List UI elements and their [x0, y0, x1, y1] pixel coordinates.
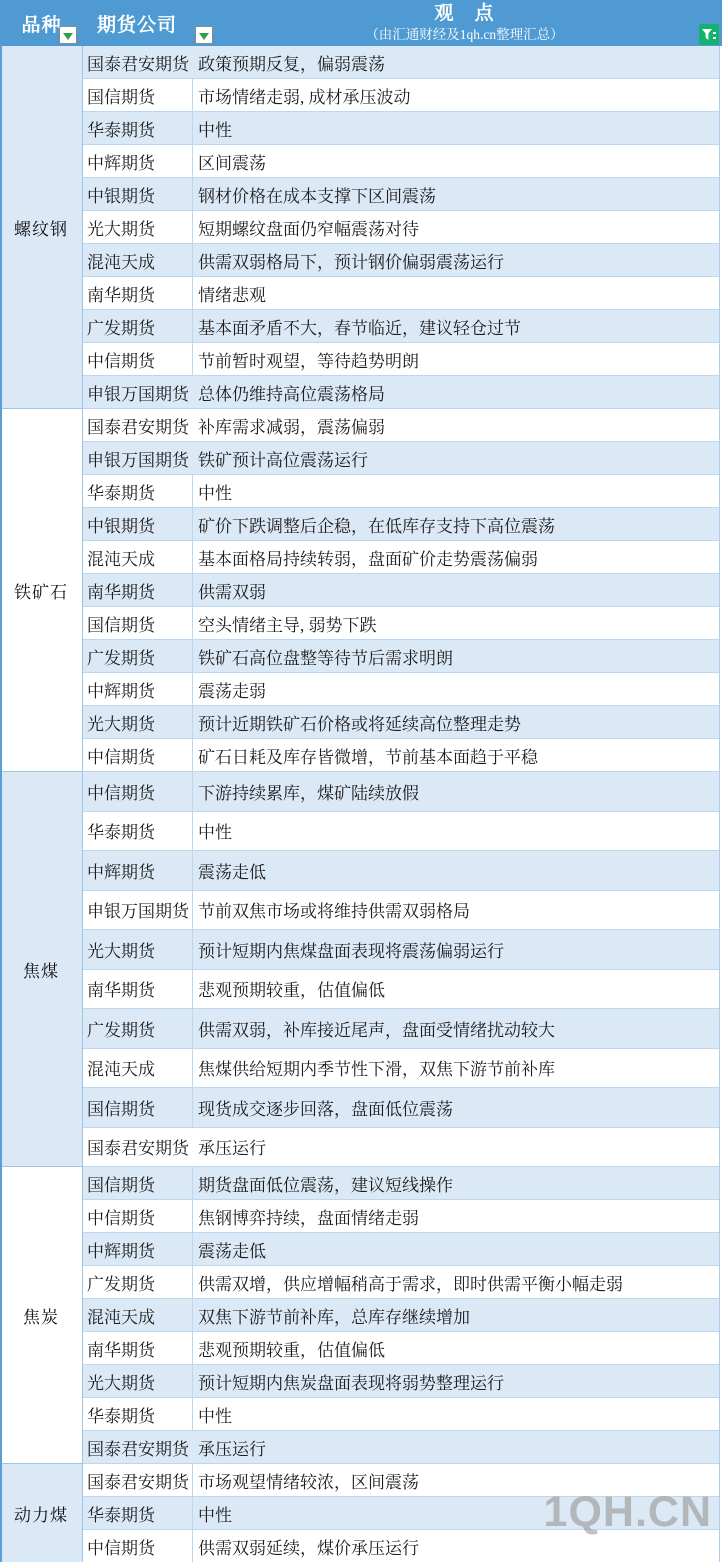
table-row: 国泰君安期货政策预期反复，偏弱震荡: [83, 46, 719, 79]
company-cell[interactable]: 广发期货: [83, 310, 193, 342]
view-cell[interactable]: 钢材价格在成本支撑下区间震荡: [193, 178, 719, 210]
section-rows: 国信期货期货盘面低位震荡，建议短线操作中信期货焦钢博弈持续，盘面情绪走弱中辉期货…: [83, 1167, 719, 1464]
view-cell[interactable]: 震荡走弱: [193, 673, 719, 705]
section-铁矿石: 铁矿石国泰君安期货补库需求减弱，震荡偏弱申银万国期货铁矿预计高位震荡运行华泰期货…: [0, 409, 720, 772]
table-row: 南华期货供需双弱: [83, 574, 719, 607]
table-row: 中信期货矿石日耗及库存皆微增，节前基本面趋于平稳: [83, 739, 719, 772]
view-cell[interactable]: 震荡走低: [193, 1233, 719, 1265]
view-cell[interactable]: 供需双弱，补库接近尾声，盘面受情绪扰动较大: [193, 1009, 719, 1048]
view-cell[interactable]: 情绪悲观: [193, 277, 719, 309]
view-cell[interactable]: 承压运行: [193, 1128, 719, 1167]
table-row: 中信期货节前暂时观望，等待趋势明朗: [83, 343, 719, 376]
table-row: 中辉期货震荡走弱: [83, 673, 719, 706]
table-row: 混沌天成供需双弱格局下，预计钢价偏弱震荡运行: [83, 244, 719, 277]
company-cell[interactable]: 光大期货: [83, 706, 193, 738]
company-cell[interactable]: 广发期货: [83, 1009, 193, 1048]
company-cell[interactable]: 华泰期货: [83, 1398, 193, 1430]
view-cell[interactable]: 市场情绪走弱, 成材承压波动: [193, 79, 719, 111]
company-cell[interactable]: 国信期货: [83, 79, 193, 111]
table-row: 混沌天成基本面格局持续转弱，盘面矿价走势震荡偏弱: [83, 541, 719, 574]
table-row: 申银万国期货节前双焦市场或将维持供需双弱格局: [83, 891, 719, 931]
header-variety-cell: 品种: [0, 0, 83, 46]
view-cell[interactable]: 铁矿石高位盘整等待节后需求明朗: [193, 640, 719, 672]
variety-cell[interactable]: 焦炭: [0, 1167, 83, 1464]
table-row: 中信期货供需双弱延续，煤价承压运行: [83, 1530, 719, 1562]
view-cell[interactable]: 供需双增，供应增幅稍高于需求，即时供需平衡小幅走弱: [193, 1266, 719, 1298]
view-column-title: 观 点: [434, 2, 494, 26]
company-cell[interactable]: 华泰期货: [83, 812, 193, 851]
table-row: 华泰期货中性: [83, 112, 719, 145]
view-cell[interactable]: 节前暂时观望，等待趋势明朗: [193, 343, 719, 375]
variety-cell[interactable]: 焦煤: [0, 772, 83, 1167]
table-row: 光大期货预计短期内焦炭盘面表现将弱势整理运行: [83, 1365, 719, 1398]
company-cell[interactable]: 中信期货: [83, 1200, 193, 1232]
section-螺纹钢: 螺纹钢国泰君安期货政策预期反复，偏弱震荡国信期货市场情绪走弱, 成材承压波动华泰…: [0, 46, 720, 409]
table-row: 广发期货供需双增，供应增幅稍高于需求，即时供需平衡小幅走弱: [83, 1266, 719, 1299]
view-cell[interactable]: 中性: [193, 1497, 719, 1529]
view-cell[interactable]: 中性: [193, 112, 719, 144]
view-cell[interactable]: 总体仍维持高位震荡格局: [193, 376, 719, 408]
company-cell[interactable]: 国泰君安期货: [83, 1128, 193, 1167]
variety-filter-dropdown-button[interactable]: [59, 26, 77, 44]
company-cell[interactable]: 中信期货: [83, 739, 193, 771]
section-rows: 中信期货下游持续累库，煤矿陆续放假华泰期货中性中辉期货震荡走低申银万国期货节前双…: [83, 772, 719, 1167]
view-cell[interactable]: 节前双焦市场或将维持供需双弱格局: [193, 891, 719, 930]
section-rows: 国泰君安期货市场观望情绪较浓，区间震荡华泰期货中性中信期货供需双弱延续，煤价承压…: [83, 1464, 719, 1562]
table-row: 中银期货矿价下跌调整后企稳，在低库存支持下高位震荡: [83, 508, 719, 541]
company-cell[interactable]: 华泰期货: [83, 1497, 193, 1529]
table-row: 国泰君安期货补库需求减弱，震荡偏弱: [83, 409, 719, 442]
company-column-label: 期货公司: [97, 10, 177, 37]
view-cell[interactable]: 中性: [193, 475, 719, 507]
view-cell[interactable]: 悲观预期较重，估值偏低: [193, 970, 719, 1009]
company-cell[interactable]: 混沌天成: [83, 244, 193, 276]
company-cell[interactable]: 南华期货: [83, 277, 193, 309]
view-cell[interactable]: 铁矿预计高位震荡运行: [193, 442, 719, 474]
table-row: 中辉期货区间震荡: [83, 145, 719, 178]
company-cell[interactable]: 国泰君安期货: [83, 409, 193, 441]
table-row: 华泰期货中性: [83, 812, 719, 852]
variety-cell[interactable]: 螺纹钢: [0, 46, 83, 409]
company-cell[interactable]: 申银万国期货: [83, 442, 193, 474]
filter-funnel-icon: [701, 27, 717, 43]
view-cell[interactable]: 中性: [193, 812, 719, 851]
view-cell[interactable]: 基本面格局持续转弱，盘面矿价走势震荡偏弱: [193, 541, 719, 573]
view-cell[interactable]: 供需双弱: [193, 574, 719, 606]
company-cell[interactable]: 混沌天成: [83, 1299, 193, 1331]
company-cell[interactable]: 光大期货: [83, 211, 193, 243]
variety-cell[interactable]: 铁矿石: [0, 409, 83, 772]
view-cell[interactable]: 焦钢博弈持续，盘面情绪走弱: [193, 1200, 719, 1232]
table-row: 国信期货期货盘面低位震荡，建议短线操作: [83, 1167, 719, 1200]
company-cell[interactable]: 中信期货: [83, 1530, 193, 1562]
table-body: 螺纹钢国泰君安期货政策预期反复，偏弱震荡国信期货市场情绪走弱, 成材承压波动华泰…: [0, 46, 722, 1562]
company-cell[interactable]: 中银期货: [83, 508, 193, 540]
company-cell[interactable]: 南华期货: [83, 574, 193, 606]
section-rows: 国泰君安期货政策预期反复，偏弱震荡国信期货市场情绪走弱, 成材承压波动华泰期货中…: [83, 46, 719, 409]
company-cell[interactable]: 中辉期货: [83, 673, 193, 705]
view-cell[interactable]: 中性: [193, 1398, 719, 1430]
company-cell[interactable]: 国信期货: [83, 607, 193, 639]
section-rows: 国泰君安期货补库需求减弱，震荡偏弱申银万国期货铁矿预计高位震荡运行华泰期货中性中…: [83, 409, 719, 772]
table-row: 国泰君安期货承压运行: [83, 1431, 719, 1464]
table-row: 国信期货现货成交逐步回落，盘面低位震荡: [83, 1088, 719, 1128]
table-row: 中银期货钢材价格在成本支撑下区间震荡: [83, 178, 719, 211]
table-row: 华泰期货中性: [83, 1497, 719, 1530]
view-cell[interactable]: 预计近期铁矿石价格或将延续高位整理走势: [193, 706, 719, 738]
company-cell[interactable]: 申银万国期货: [83, 891, 193, 930]
view-cell[interactable]: 短期螺纹盘面仍窄幅震荡对待: [193, 211, 719, 243]
table-row: 光大期货短期螺纹盘面仍窄幅震荡对待: [83, 211, 719, 244]
view-cell[interactable]: 供需双弱延续，煤价承压运行: [193, 1530, 719, 1562]
company-cell[interactable]: 光大期货: [83, 1365, 193, 1397]
view-cell[interactable]: 空头情绪主导, 弱势下跌: [193, 607, 719, 639]
variety-cell[interactable]: 动力煤: [0, 1464, 83, 1562]
view-cell[interactable]: 补库需求减弱，震荡偏弱: [193, 409, 719, 441]
company-cell[interactable]: 国泰君安期货: [83, 1464, 193, 1496]
company-cell[interactable]: 国信期货: [83, 1167, 193, 1199]
company-cell[interactable]: 中辉期货: [83, 145, 193, 177]
view-cell[interactable]: 基本面矛盾不大，春节临近，建议轻仓过节: [193, 310, 719, 342]
header-company-cell: 期货公司: [83, 0, 207, 46]
view-cell[interactable]: 下游持续累库，煤矿陆续放假: [193, 772, 719, 811]
company-cell[interactable]: 国泰君安期货: [83, 1431, 193, 1463]
table-row: 中辉期货震荡走低: [83, 1233, 719, 1266]
view-cell[interactable]: 现货成交逐步回落，盘面低位震荡: [193, 1088, 719, 1127]
table-filter-button[interactable]: [699, 24, 719, 45]
company-cell[interactable]: 中信期货: [83, 343, 193, 375]
variety-column-label: 品种: [21, 10, 61, 37]
view-cell[interactable]: 承压运行: [193, 1431, 719, 1463]
chevron-down-icon: [63, 33, 73, 40]
table-row: 国泰君安期货承压运行: [83, 1128, 719, 1168]
company-cell[interactable]: 中信期货: [83, 772, 193, 811]
table-left-border: [0, 46, 2, 1562]
table-row: 中辉期货震荡走低: [83, 851, 719, 891]
table-row: 国信期货市场情绪走弱, 成材承压波动: [83, 79, 719, 112]
view-column-subtitle: （由汇通财经及1qh.cn整理汇总）: [365, 27, 563, 44]
table-row: 申银万国期货总体仍维持高位震荡格局: [83, 376, 719, 409]
table-row: 华泰期货中性: [83, 1398, 719, 1431]
view-cell[interactable]: 双焦下游节前补库，总库存继续增加: [193, 1299, 719, 1331]
table-row: 中信期货下游持续累库，煤矿陆续放假: [83, 772, 719, 812]
company-cell[interactable]: 国泰君安期货: [83, 46, 193, 78]
company-cell[interactable]: 广发期货: [83, 1266, 193, 1298]
company-cell[interactable]: 南华期货: [83, 1332, 193, 1364]
company-cell[interactable]: 广发期货: [83, 640, 193, 672]
view-cell[interactable]: 震荡走低: [193, 851, 719, 890]
chevron-down-icon: [199, 33, 209, 40]
table-row: 广发期货基本面矛盾不大，春节临近，建议轻仓过节: [83, 310, 719, 343]
table-row: 中信期货焦钢博弈持续，盘面情绪走弱: [83, 1200, 719, 1233]
company-cell[interactable]: 国信期货: [83, 1088, 193, 1127]
table-row: 南华期货情绪悲观: [83, 277, 719, 310]
company-cell[interactable]: 南华期货: [83, 970, 193, 1009]
company-cell[interactable]: 华泰期货: [83, 475, 193, 507]
table-row: 光大期货预计短期内焦煤盘面表现将震荡偏弱运行: [83, 930, 719, 970]
company-cell[interactable]: 中辉期货: [83, 1233, 193, 1265]
table-row: 南华期货悲观预期较重，估值偏低: [83, 970, 719, 1010]
company-cell[interactable]: 中银期货: [83, 178, 193, 210]
table-row: 广发期货供需双弱，补库接近尾声，盘面受情绪扰动较大: [83, 1009, 719, 1049]
view-cell[interactable]: 供需双弱格局下，预计钢价偏弱震荡运行: [193, 244, 719, 276]
table-row: 华泰期货中性: [83, 475, 719, 508]
view-cell[interactable]: 政策预期反复，偏弱震荡: [193, 46, 719, 78]
futures-opinions-table: 品种 期货公司 观 点 （由汇通财经及1qh.cn整理汇总） 螺纹钢国泰君安期货…: [0, 0, 722, 1562]
view-cell[interactable]: 预计短期内焦炭盘面表现将弱势整理运行: [193, 1365, 719, 1397]
section-焦炭: 焦炭国信期货期货盘面低位震荡，建议短线操作中信期货焦钢博弈持续，盘面情绪走弱中辉…: [0, 1167, 720, 1464]
table-row: 混沌天成焦煤供给短期内季节性下滑，双焦下游节前补库: [83, 1049, 719, 1089]
view-cell[interactable]: 市场观望情绪较浓，区间震荡: [193, 1464, 719, 1496]
company-filter-dropdown-button[interactable]: [195, 26, 213, 44]
header-view-cell: 观 点 （由汇通财经及1qh.cn整理汇总）: [207, 0, 722, 46]
table-header: 品种 期货公司 观 点 （由汇通财经及1qh.cn整理汇总）: [0, 0, 722, 46]
company-cell[interactable]: 光大期货: [83, 930, 193, 969]
view-cell[interactable]: 期货盘面低位震荡，建议短线操作: [193, 1167, 719, 1199]
table-row: 混沌天成双焦下游节前补库，总库存继续增加: [83, 1299, 719, 1332]
view-cell[interactable]: 矿价下跌调整后企稳，在低库存支持下高位震荡: [193, 508, 719, 540]
section-焦煤: 焦煤中信期货下游持续累库，煤矿陆续放假华泰期货中性中辉期货震荡走低申银万国期货节…: [0, 772, 720, 1167]
table-row: 国信期货空头情绪主导, 弱势下跌: [83, 607, 719, 640]
view-cell[interactable]: 悲观预期较重，估值偏低: [193, 1332, 719, 1364]
section-动力煤: 动力煤国泰君安期货市场观望情绪较浓，区间震荡华泰期货中性中信期货供需双弱延续，煤…: [0, 1464, 720, 1562]
company-cell[interactable]: 混沌天成: [83, 1049, 193, 1088]
table-row: 申银万国期货铁矿预计高位震荡运行: [83, 442, 719, 475]
view-cell[interactable]: 矿石日耗及库存皆微增，节前基本面趋于平稳: [193, 739, 719, 771]
view-cell[interactable]: 预计短期内焦煤盘面表现将震荡偏弱运行: [193, 930, 719, 969]
company-cell[interactable]: 申银万国期货: [83, 376, 193, 408]
company-cell[interactable]: 混沌天成: [83, 541, 193, 573]
table-row: 光大期货预计近期铁矿石价格或将延续高位整理走势: [83, 706, 719, 739]
view-cell[interactable]: 焦煤供给短期内季节性下滑，双焦下游节前补库: [193, 1049, 719, 1088]
company-cell[interactable]: 中辉期货: [83, 851, 193, 890]
view-cell[interactable]: 区间震荡: [193, 145, 719, 177]
table-row: 广发期货铁矿石高位盘整等待节后需求明朗: [83, 640, 719, 673]
table-row: 南华期货悲观预期较重，估值偏低: [83, 1332, 719, 1365]
company-cell[interactable]: 华泰期货: [83, 112, 193, 144]
table-row: 国泰君安期货市场观望情绪较浓，区间震荡: [83, 1464, 719, 1497]
